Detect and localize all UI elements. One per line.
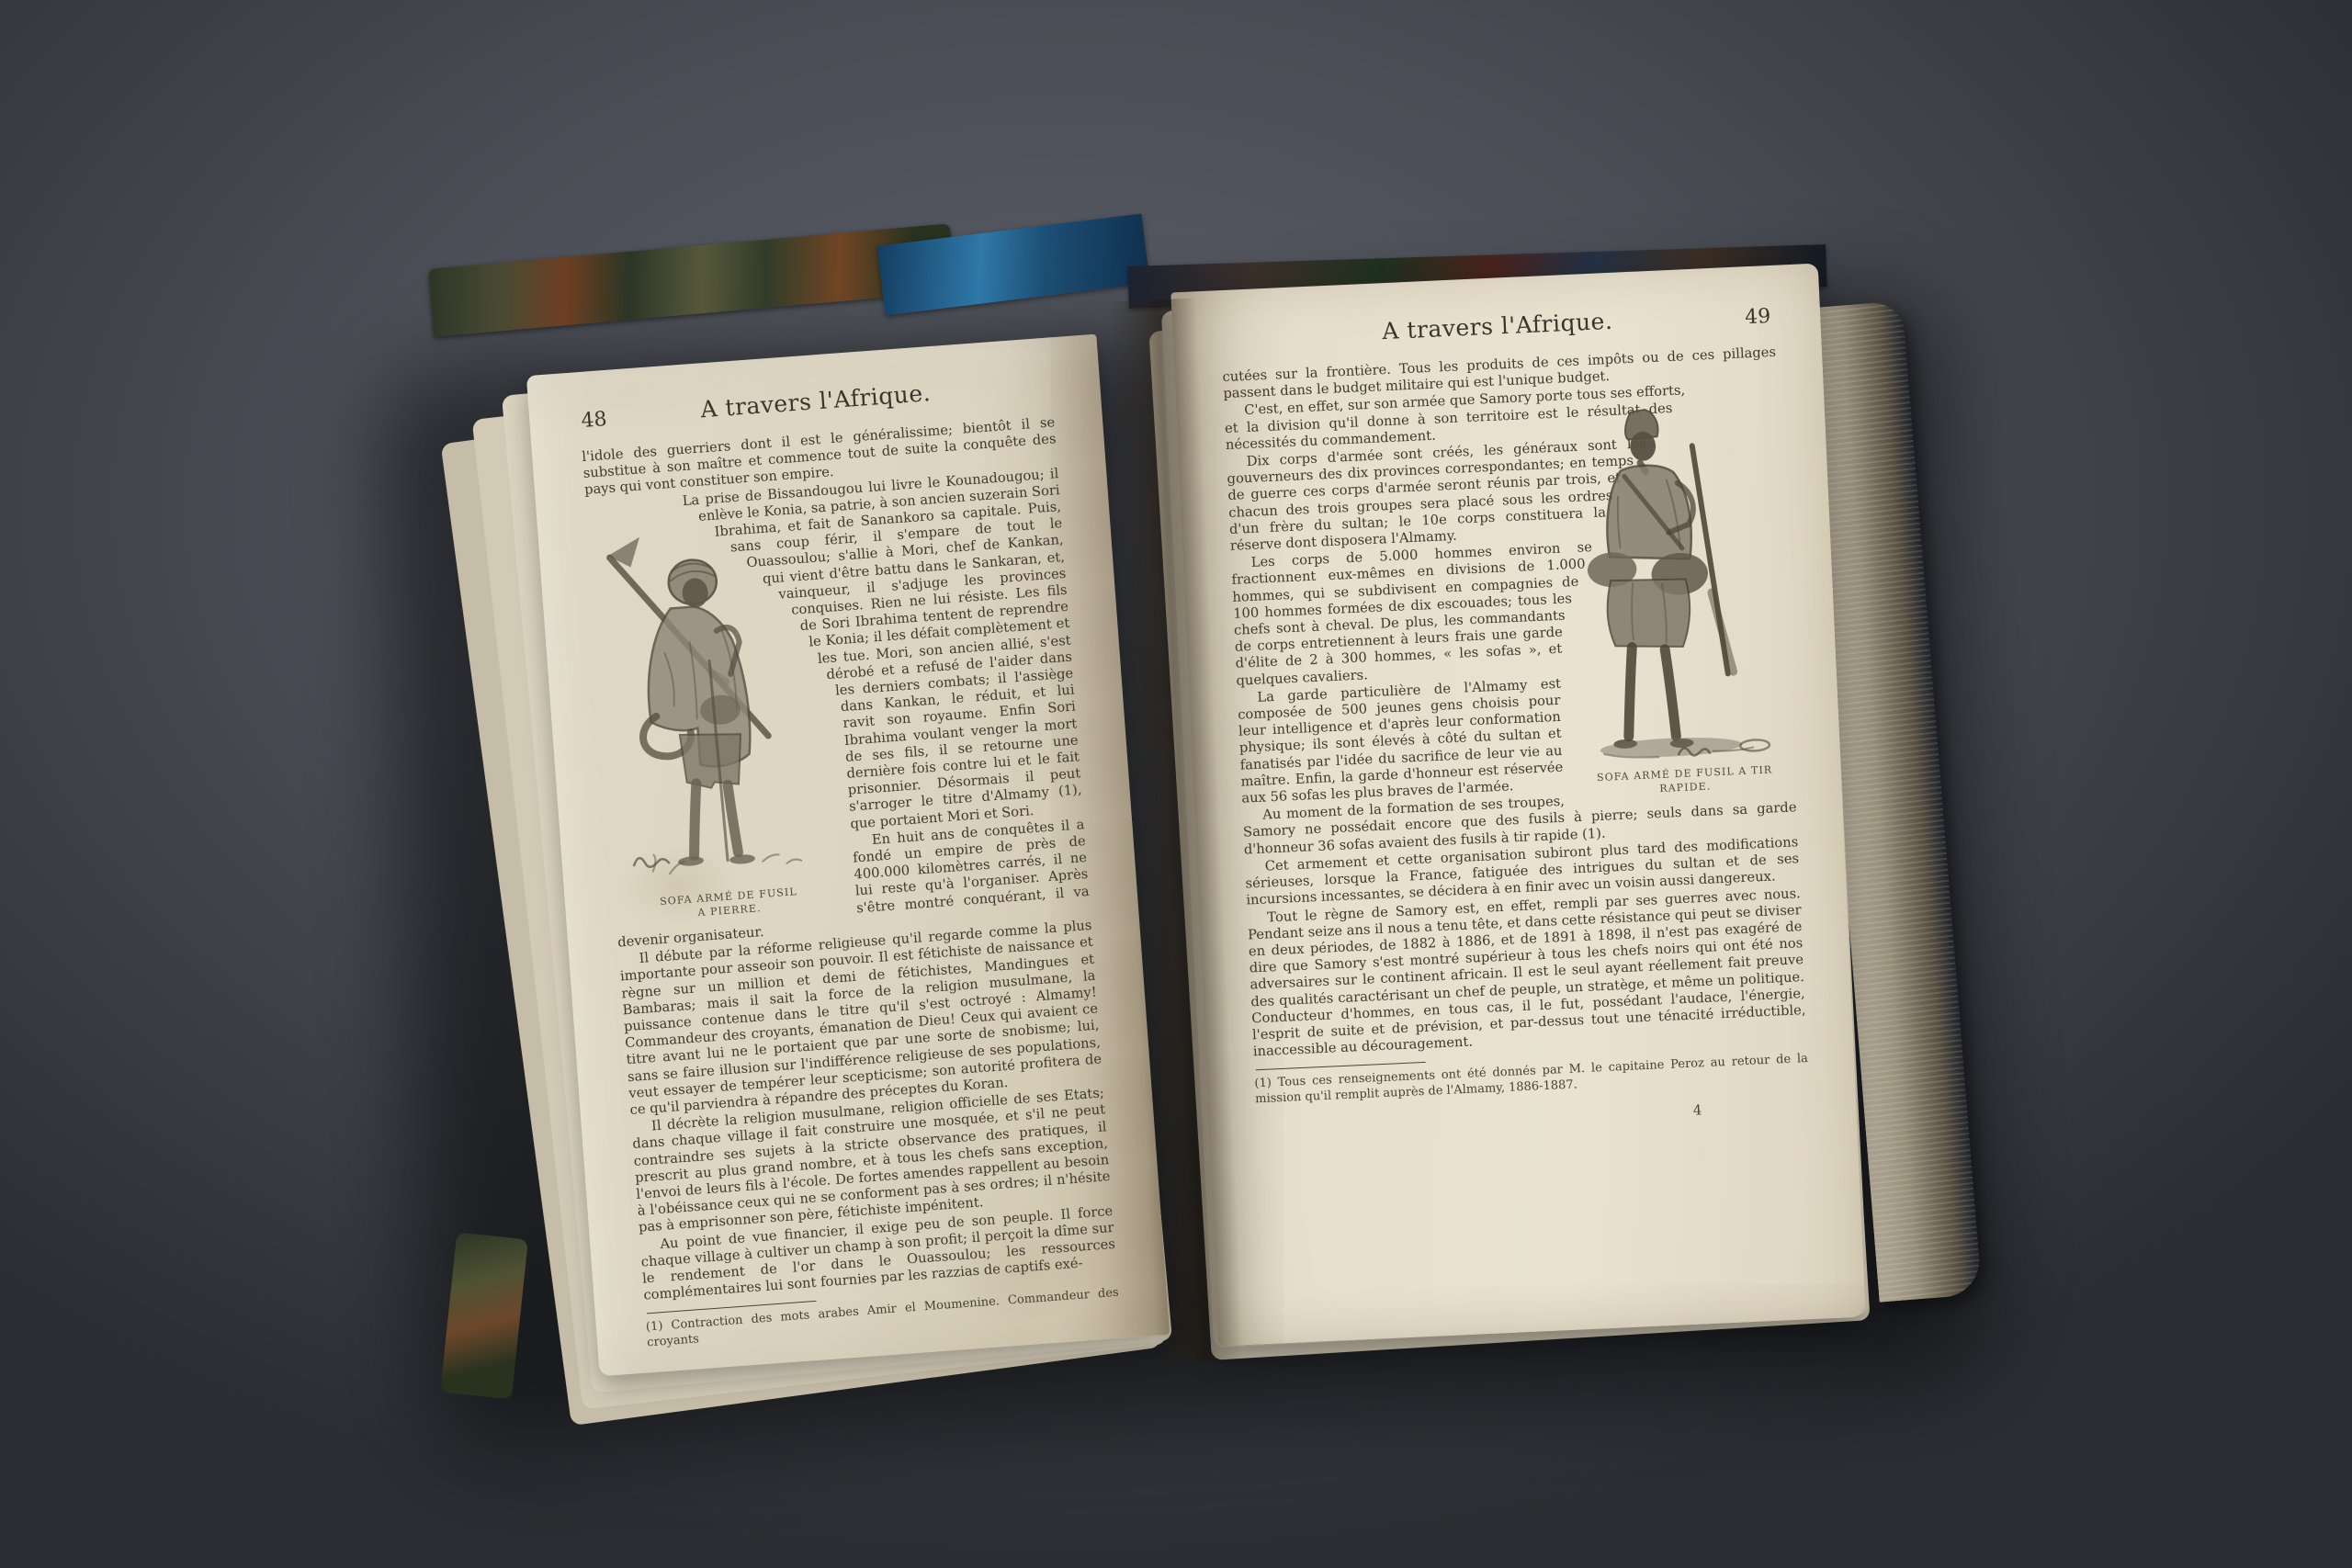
illustrator-signature: [634, 855, 670, 867]
marbled-cover-edge-left: [428, 223, 955, 336]
open-book-photo: 48 A travers l'Afrique. l'idole des guer…: [0, 0, 2352, 1568]
right-page-text: cutées sur la frontière. Tous les produi…: [1222, 344, 1807, 1061]
sofa-flintlock-illustration: [585, 485, 842, 896]
right-page: 49 A travers l'Afrique. cutées sur la fr…: [1170, 264, 1865, 1347]
left-page-text: l'idole des guerriers dont il est le gén…: [582, 414, 1117, 1304]
left-figure: SOFA ARMÉ DE FUSIL A PIERRE.: [585, 485, 844, 931]
right-footnote: (1) Tous ces renseignements ont été donn…: [1254, 1052, 1809, 1107]
running-title: A travers l'Afrique.: [1220, 300, 1775, 352]
right-figure: SOFA ARMÉ DE FUSIL A TIR RAPIDE.: [1557, 380, 1796, 805]
sofa-rapid-fire-illustration: [1557, 380, 1795, 770]
right-page-number: 49: [1745, 305, 1771, 329]
left-page-number: 48: [581, 408, 608, 433]
paragraph: Tout le règne de Samory est, en effet, r…: [1247, 886, 1807, 1061]
left-page: 48 A travers l'Afrique. l'idole des guer…: [526, 334, 1170, 1377]
footnote-rule: [1256, 1062, 1426, 1070]
paragraph: Il débute par la réforme religieuse qu'i…: [618, 918, 1103, 1119]
right-footnote-block: (1) Tous ces renseignements ont été donn…: [1254, 1044, 1811, 1138]
